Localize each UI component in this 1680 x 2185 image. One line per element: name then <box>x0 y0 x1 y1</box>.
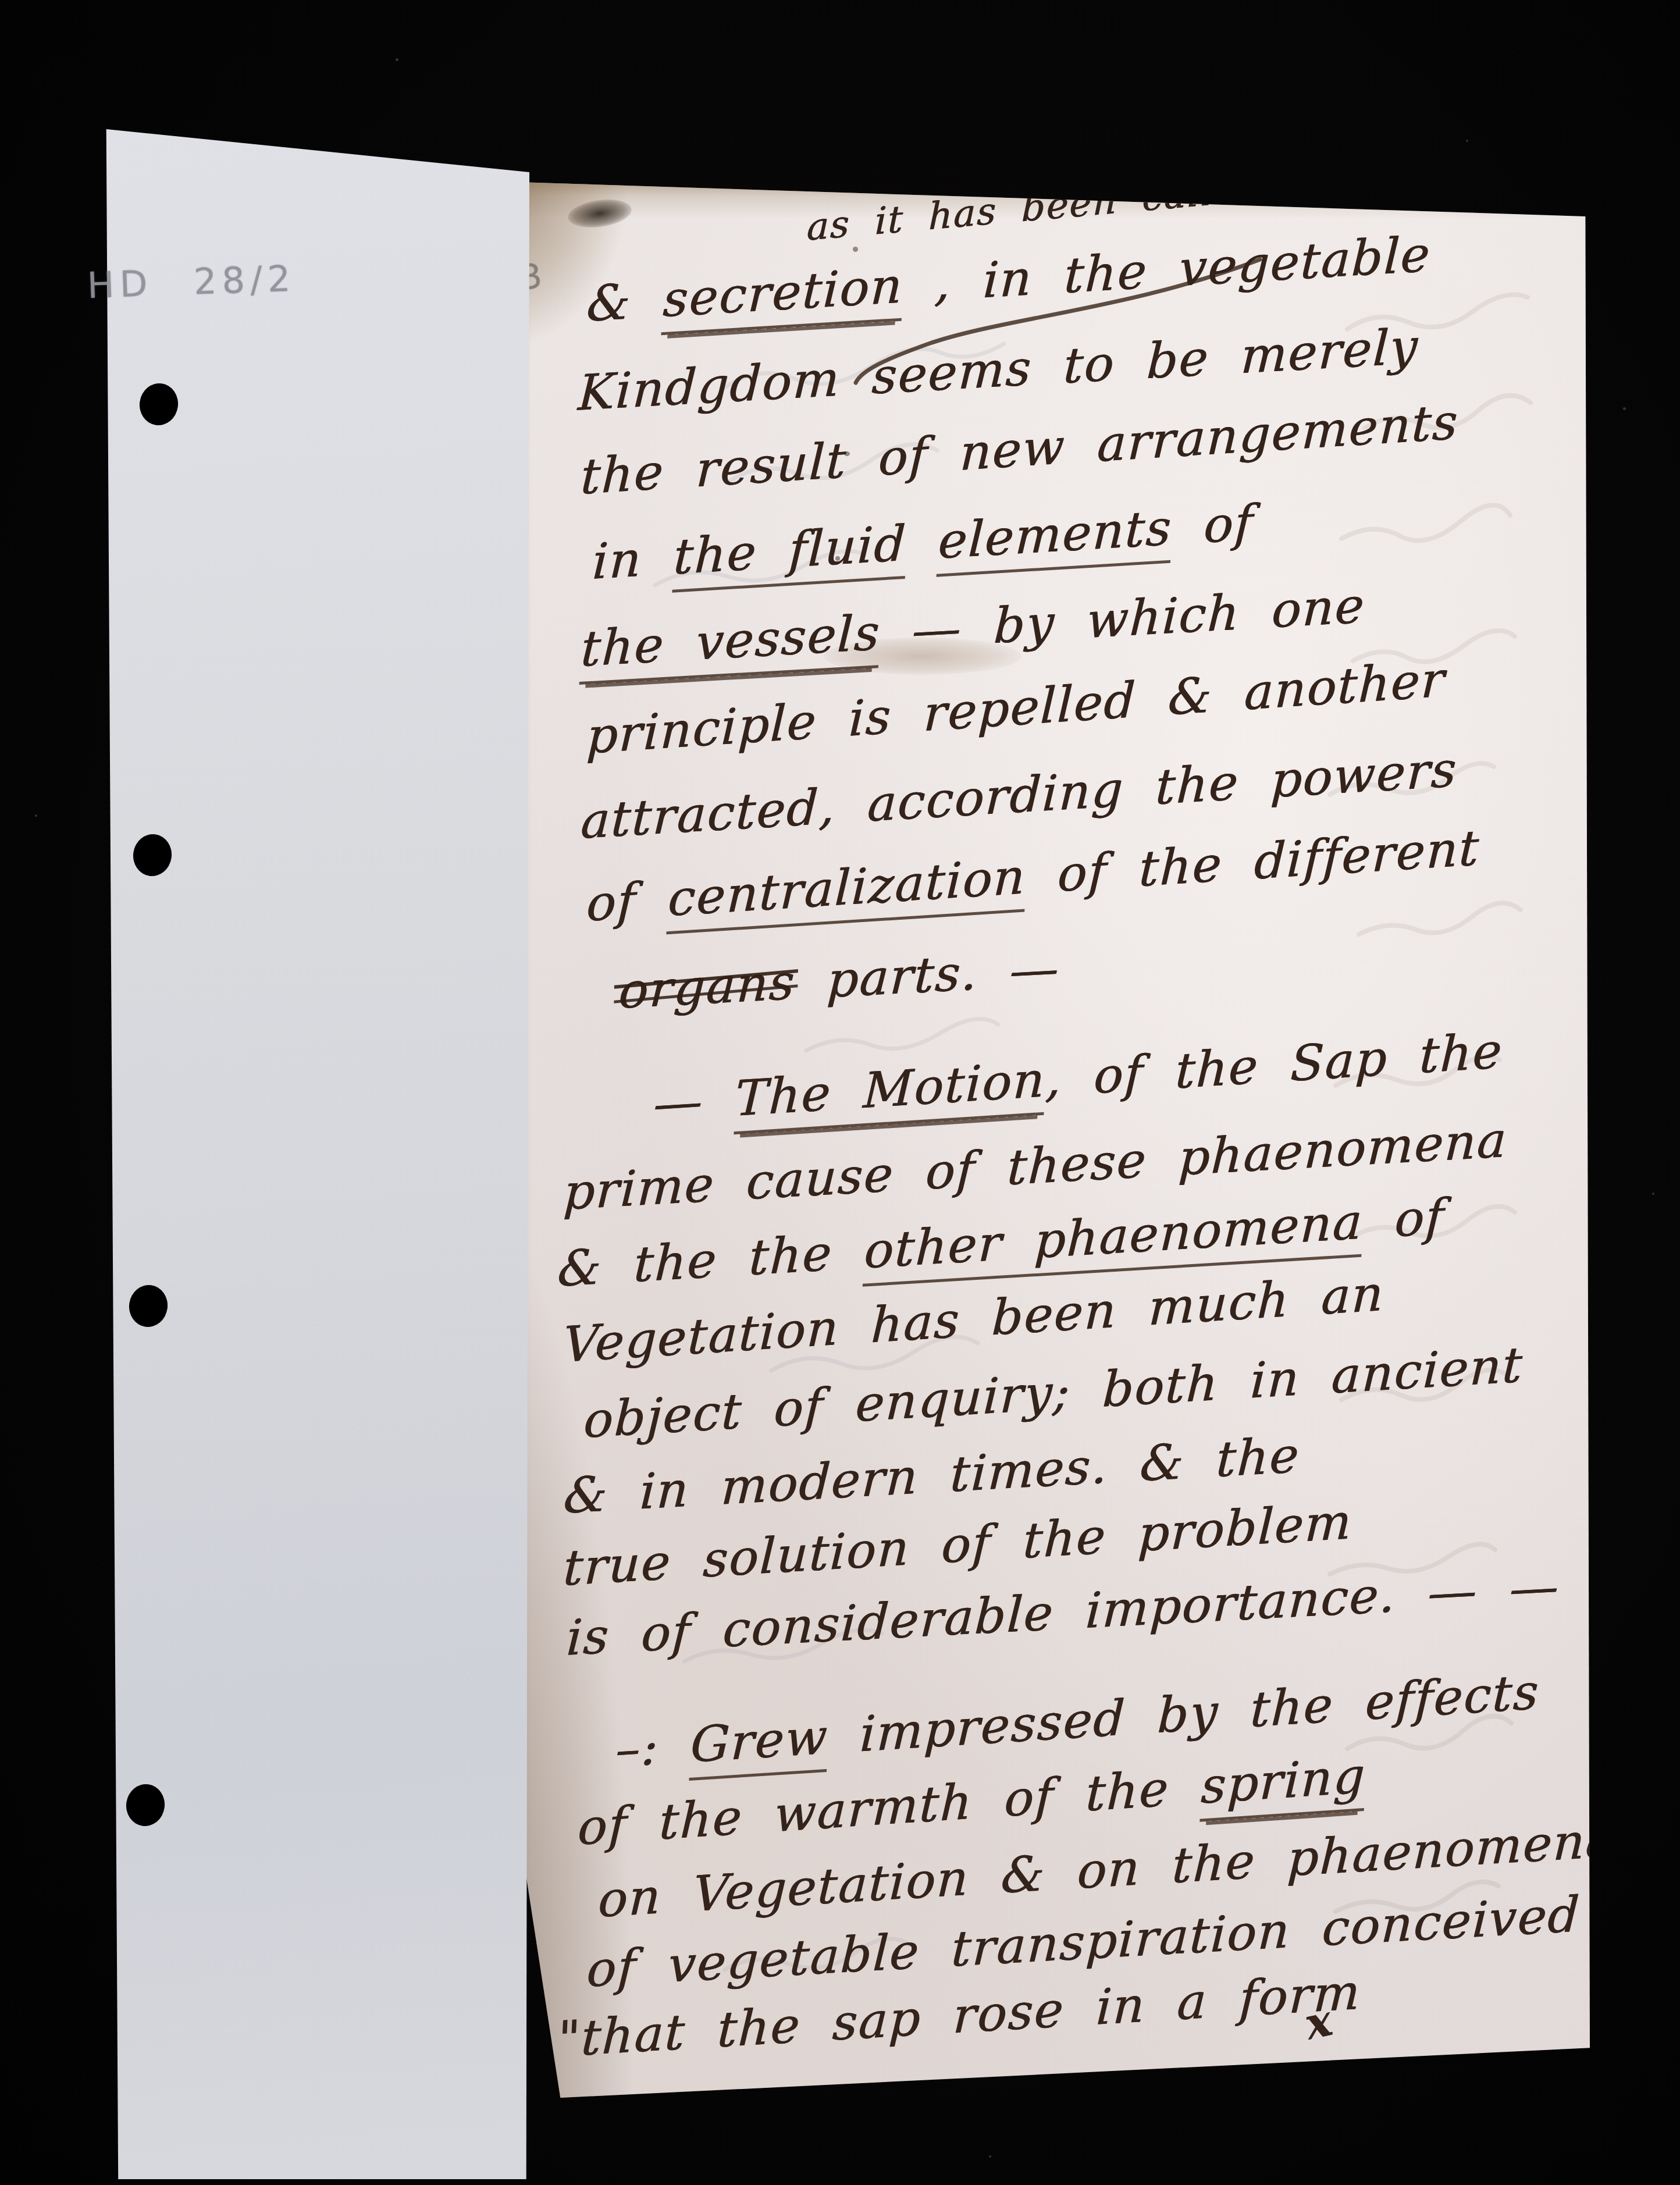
dust-speck <box>35 814 37 817</box>
hw-segment-underlined: secretion <box>661 257 904 335</box>
hw-segment: & <box>585 271 664 333</box>
hw-segment-underlined: elements <box>937 499 1173 577</box>
hw-segment: of <box>1170 494 1255 556</box>
dust-speck <box>1623 407 1626 410</box>
hw-segment-underlined: spring <box>1200 1747 1366 1822</box>
hw-segment-underlined: Grew <box>689 1708 829 1781</box>
hw-segment: of <box>1362 1188 1446 1250</box>
archive-reference-label: HD 28/2 <box>87 257 297 307</box>
punch-hole <box>137 381 180 428</box>
handwriting-line: –: Grew impressed by the effects <box>614 1661 1540 1781</box>
hw-segment: –: <box>614 1716 692 1778</box>
punch-hole <box>126 1283 170 1329</box>
handwriting-line: & secretion , in the vegetable <box>585 223 1432 335</box>
paper-freckle <box>853 247 858 252</box>
dust-speck <box>396 58 398 61</box>
hw-segment: impressed by the effects <box>827 1663 1540 1765</box>
handwriting-line: in the fluid elements of <box>591 492 1255 593</box>
hw-segment: — <box>652 1070 736 1133</box>
hw-segment-underlined: the vessels <box>579 604 882 685</box>
hw-segment-underlined: the fluid <box>672 514 907 592</box>
guard-strip <box>87 129 529 2179</box>
photo-stage: 33 as it has been called & secretion , i… <box>0 0 1680 2185</box>
hw-segment-struck-through: organs <box>617 952 797 1022</box>
hw-segment-underlined: centralization <box>667 848 1027 934</box>
dust-speck <box>1466 140 1468 142</box>
hw-segment: in <box>591 528 675 590</box>
hw-segment-underlined: The Motion <box>734 1051 1047 1134</box>
punch-hole <box>123 1782 167 1828</box>
punch-hole <box>130 832 174 878</box>
dust-speck <box>1652 1193 1654 1195</box>
handwriting-line: organs parts. — <box>617 938 1061 1022</box>
hw-segment: parts. — <box>794 940 1062 1010</box>
hw-segment: of the different <box>1024 819 1480 905</box>
manuscript-page: 33 as it has been called & secretion , i… <box>480 178 1590 2098</box>
dust-speck <box>989 2155 991 2158</box>
hw-segment: , in the vegetable <box>902 225 1432 314</box>
hw-segment: — by which one <box>879 577 1366 661</box>
hw-segment <box>905 513 939 572</box>
hw-segment: , of the Sap the <box>1044 1022 1504 1108</box>
hw-segment: of <box>585 870 669 933</box>
